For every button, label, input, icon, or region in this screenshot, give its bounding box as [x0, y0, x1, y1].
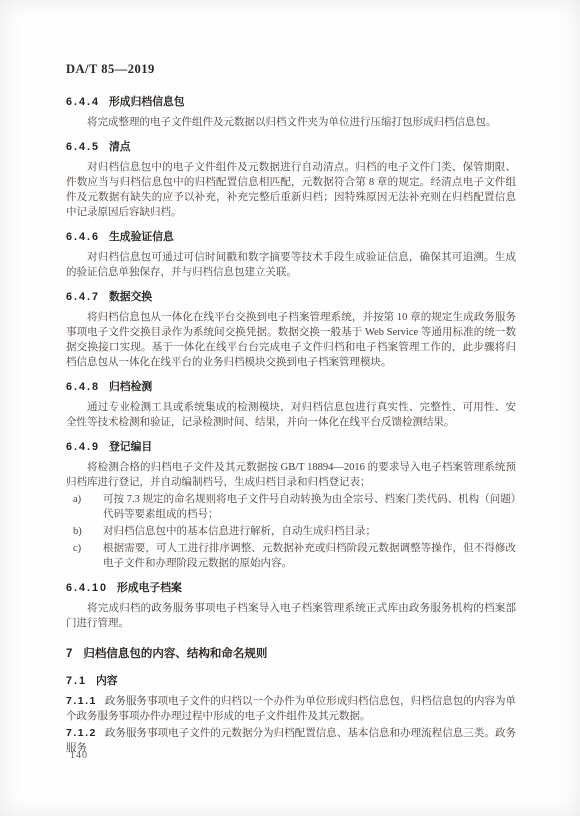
list-item-text: 根据需要，可人工进行排序调整、元数据补充或归档阶段元数据调整等操作，但不得修改电…	[103, 543, 516, 569]
page-number: 140	[70, 750, 88, 761]
section-heading: 7.1内容	[66, 674, 516, 689]
clause-number: 6.4.4	[66, 95, 100, 110]
clause-text: 政务服务事项电子文件的归档以一个办件为单位形成归档信息包，归档信息包的内容为单个…	[66, 696, 516, 722]
clause-number: 6.4.8	[66, 380, 100, 395]
document-page: DA/T 85—2019 6.4.4形成归档信息包将完成整理的电子文件组件及元数…	[0, 0, 580, 816]
clause-title: 内容	[96, 675, 118, 687]
clause-number: 7.1	[66, 674, 87, 689]
section-heading: 6.4.4形成归档信息包	[66, 95, 516, 110]
paragraph: 将完成整理的电子文件组件及元数据以归档文件夹为单位进行压缩打包形成归档信息包。	[66, 115, 516, 130]
clause-number: 6.4.6	[66, 230, 100, 245]
clause-title: 形成电子档案	[117, 582, 182, 594]
numbered-clause: 7.1.2政务服务事项电子文件的元数据分为归档配置信息、基本信息和办理流程信息三…	[66, 726, 516, 756]
clause-number: 7.1.1	[66, 694, 97, 709]
document-body: 6.4.4形成归档信息包将完成整理的电子文件组件及元数据以归档文件夹为单位进行压…	[66, 95, 516, 756]
clause-title: 登记编目	[109, 441, 152, 453]
clause-title: 数据交换	[109, 291, 152, 303]
section-heading: 6.4.6生成验证信息	[66, 230, 516, 245]
clause-text: 政务服务事项电子文件的元数据分为归档配置信息、基本信息和办理流程信息三类。政务服…	[66, 728, 516, 754]
section-heading: 6.4.10形成电子档案	[66, 581, 516, 596]
section-heading: 6.4.8归档检测	[66, 380, 516, 395]
section-heading: 6.4.7数据交换	[66, 290, 516, 305]
clause-number: 7	[66, 647, 74, 662]
list-marker: a)	[73, 492, 81, 507]
clause-title: 归档检测	[109, 381, 152, 393]
standard-number: DA/T 85—2019	[66, 62, 516, 77]
paragraph: 对归档信息包中的电子文件组件及元数据进行自动清点。归档的电子文件门类、保管期限、…	[66, 160, 516, 220]
paragraph: 通过专业检测工具或系统集成的检测模块，对归档信息包进行真实性、完整性、可用性、安…	[66, 400, 516, 430]
paragraph: 将检测合格的归档电子文件及其元数据按 GB/T 18894—2016 的要求导入…	[66, 460, 516, 490]
numbered-clause: 7.1.1政务服务事项电子文件的归档以一个办件为单位形成归档信息包，归档信息包的…	[66, 694, 516, 724]
clause-title: 形成归档信息包	[109, 96, 185, 108]
list-item-text: 可按 7.3 规定的命名规则将电子文件号自动转换为由全宗号、档案门类代码、机构（…	[103, 494, 516, 520]
list-item: a)可按 7.3 规定的命名规则将电子文件号自动转换为由全宗号、档案门类代码、机…	[66, 492, 516, 522]
section-heading: 6.4.5清点	[66, 140, 516, 155]
clause-number: 6.4.10	[66, 581, 108, 596]
clause-number: 6.4.7	[66, 290, 100, 305]
clause-title: 生成验证信息	[109, 231, 174, 243]
paragraph: 对归档信息包可通过可信时间戳和数字摘要等技术手段生成验证信息，确保其可追溯。生成…	[66, 250, 516, 280]
clause-number: 7.1.2	[66, 726, 97, 741]
section-heading: 6.4.9登记编目	[66, 440, 516, 455]
section-heading: 7归档信息包的内容、结构和命名规则	[66, 647, 516, 662]
list-item-text: 对归档信息包中的基本信息进行解析，自动生成归档目录；	[103, 526, 376, 537]
clause-number: 6.4.5	[66, 140, 100, 155]
clause-title: 归档信息包的内容、结构和命名规则	[83, 648, 267, 660]
clause-title: 清点	[109, 141, 131, 153]
list-marker: c)	[73, 541, 81, 556]
list-marker: b)	[73, 524, 82, 539]
clause-number: 6.4.9	[66, 440, 100, 455]
list-item: c)根据需要，可人工进行排序调整、元数据补充或归档阶段元数据调整等操作，但不得修…	[66, 541, 516, 571]
list-item: b)对归档信息包中的基本信息进行解析，自动生成归档目录；	[66, 524, 516, 539]
paragraph: 将归档信息包从一体化在线平台交换到电子档案管理系统，并按第 10 章的规定生成政…	[66, 310, 516, 370]
paragraph: 将完成归档的政务服务事项电子档案导入电子档案管理系统正式库由政务服务机构的档案部…	[66, 601, 516, 631]
